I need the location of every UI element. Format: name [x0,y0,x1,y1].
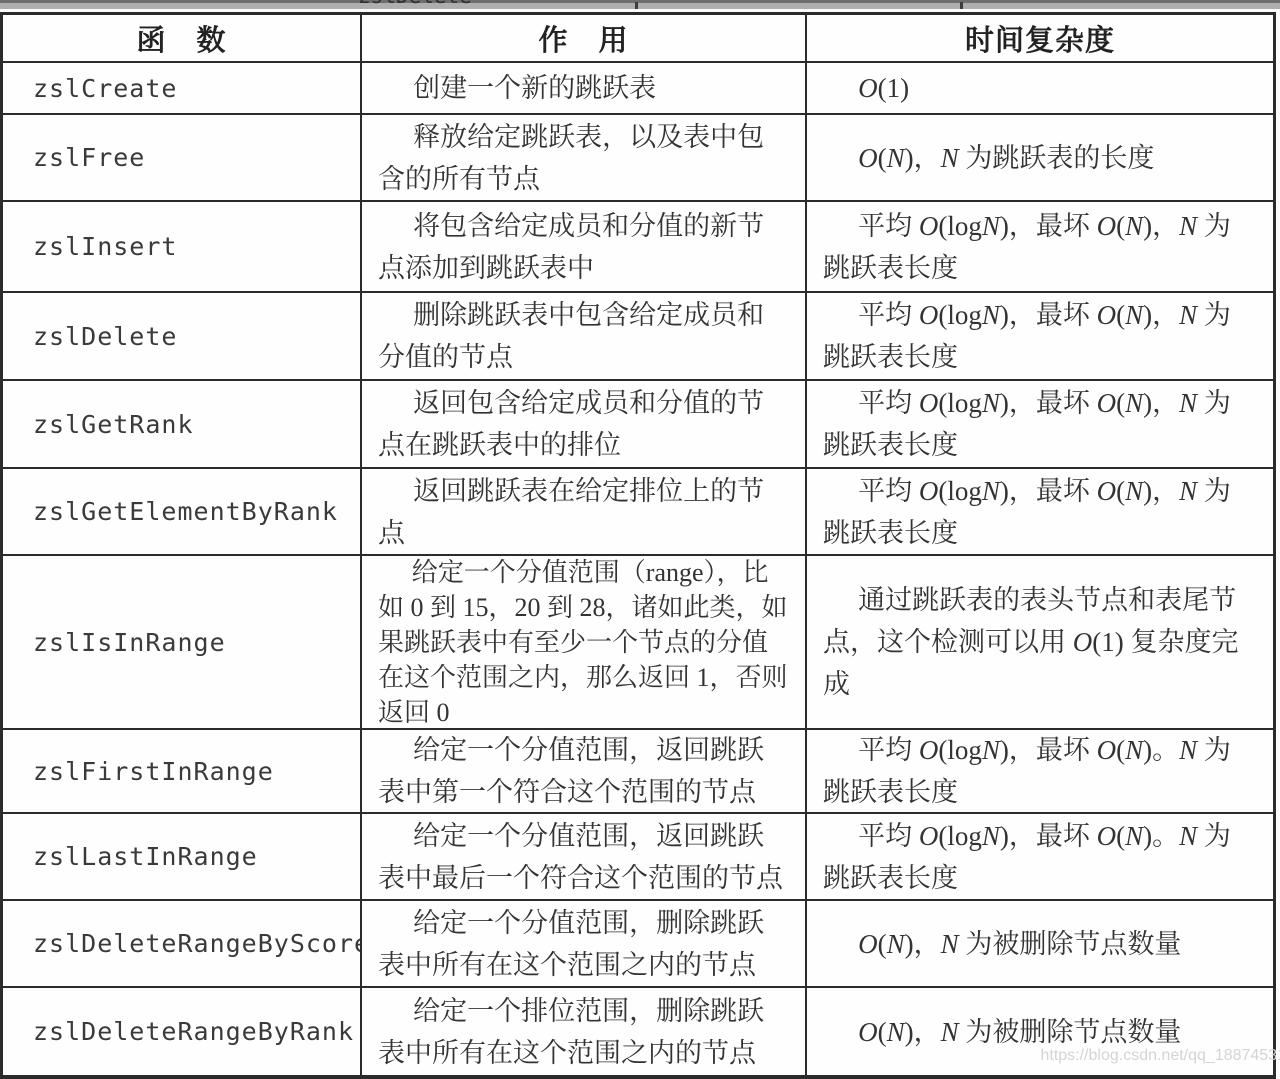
header-label-function: 函 数 [136,18,226,59]
skiplist-api-table: 函 数 作 用 时间复杂度 zslCreate 创建一个新的跳跃表 O(1) z… [0,12,1276,1079]
action-text: 返回跳跃表在给定排位上的节点 [362,469,805,554]
table-row: zslCreate 创建一个新的跳跃表 O(1) [3,63,1273,115]
action-text: 删除跳跃表中包含给定成员和分值的节点 [362,293,805,379]
complexity-text: O(N)，N 为被删除节点数量 [807,921,1197,967]
action-text: 给定一个分值范围，返回跳跃表中第一个符合这个范围的节点 [362,730,805,812]
action-text: 释放给定跳跃表，以及表中包含的所有节点 [362,115,805,200]
table-row: zslFree 释放给定跳跃表，以及表中包含的所有节点 O(N)，N 为跳跃表的… [3,115,1273,202]
complexity-text: 平均 O(logN)，最坏 O(N)，N 为跳跃表长度 [807,293,1273,379]
action-cell: 给定一个分值范围，返回跳跃表中第一个符合这个范围的节点 [360,730,805,812]
clipped-column-line [960,2,963,9]
header-cell-complexity: 时间复杂度 [805,15,1273,61]
action-cell: 创建一个新的跳跃表 [360,63,805,113]
action-cell: 返回包含给定成员和分值的节点在跳跃表中的排位 [360,381,805,467]
scanned-book-page: zslDelete 函 数 作 用 时间复杂度 zslCreate 创建一个新的… [0,0,1280,1079]
complexity-text: 平均 O(logN)，最坏 O(N)，N 为跳跃表长度 [807,381,1273,467]
action-cell: 返回跳跃表在给定排位上的节点 [360,469,805,554]
table-row: zslGetRank 返回包含给定成员和分值的节点在跳跃表中的排位 平均 O(l… [3,381,1273,469]
action-text: 返回包含给定成员和分值的节点在跳跃表中的排位 [362,381,805,467]
complexity-text: 平均 O(logN)，最坏 O(N)，N 为跳跃表长度 [807,469,1273,554]
complexity-text: O(N)，N 为跳跃表的长度 [807,135,1170,181]
complexity-cell: 平均 O(logN)，最坏 O(N)。N 为跳跃表长度 [805,730,1273,812]
complexity-text: 平均 O(logN)，最坏 O(N)，N 为跳跃表长度 [807,203,1273,291]
table-row: zslLastInRange 给定一个分值范围，返回跳跃表中最后一个符合这个范围… [3,814,1273,901]
complexity-cell: 平均 O(logN)，最坏 O(N)，N 为跳跃表长度 [805,381,1273,467]
complexity-cell: O(N)，N 为跳跃表的长度 [805,115,1273,200]
function-name-cell: zslIsInRange [3,556,360,728]
action-cell: 给定一个排位范围，删除跳跃表中所有在这个范围之内的节点 [360,988,805,1075]
action-text: 创建一个新的跳跃表 [362,65,672,111]
function-name-cell: zslFirstInRange [3,730,360,812]
action-cell: 删除跳跃表中包含给定成员和分值的节点 [360,293,805,379]
table-row: zslIsInRange 给定一个分值范围（range），比如 0 到 15，2… [3,556,1273,730]
action-text: 给定一个分值范围，删除跳跃表中所有在这个范围之内的节点 [362,901,805,986]
complexity-cell: 平均 O(logN)，最坏 O(N)，N 为跳跃表长度 [805,202,1273,291]
table-row: zslFirstInRange 给定一个分值范围，返回跳跃表中第一个符合这个范围… [3,730,1273,814]
header-label-action: 作 用 [538,18,628,59]
action-cell: 给定一个分值范围，删除跳跃表中所有在这个范围之内的节点 [360,901,805,986]
action-cell: 给定一个分值范围（range），比如 0 到 15，20 到 28，诸如此类，如… [360,556,805,728]
function-name-cell: zslLastInRange [3,814,360,899]
table-row: zslInsert 将包含给定成员和分值的新节点添加到跳跃表中 平均 O(log… [3,202,1273,293]
clipped-previous-row: zslDelete [0,0,1280,9]
clipped-column-line [635,2,638,9]
action-text: 给定一个分值范围，返回跳跃表中最后一个符合这个范围的节点 [362,814,805,899]
complexity-text: 通过跳跃表的表头节点和表尾节点，这个检测可以用 O(1) 复杂度完成 [807,577,1273,707]
header-cell-function: 函 数 [3,15,360,61]
complexity-cell: 通过跳跃表的表头节点和表尾节点，这个检测可以用 O(1) 复杂度完成 [805,556,1273,728]
complexity-cell: O(1) [805,63,1273,113]
function-name-cell: zslDeleteRangeByRank [3,988,360,1075]
table-row: zslDeleteRangeByScore 给定一个分值范围，删除跳跃表中所有在… [3,901,1273,988]
action-cell: 给定一个分值范围，返回跳跃表中最后一个符合这个范围的节点 [360,814,805,899]
header-label-complexity: 时间复杂度 [965,18,1115,59]
complexity-cell: O(N)，N 为被删除节点数量 [805,901,1273,986]
complexity-text: 平均 O(logN)，最坏 O(N)。N 为跳跃表长度 [807,730,1273,812]
action-text: 给定一个排位范围，删除跳跃表中所有在这个范围之内的节点 [362,988,805,1075]
table-header-row: 函 数 作 用 时间复杂度 [3,15,1273,63]
function-name-cell: zslFree [3,115,360,200]
csdn-watermark: https://blog.csdn.net/qq_18874531 [1040,1047,1280,1065]
action-text: 将包含给定成员和分值的新节点添加到跳跃表中 [362,203,805,291]
function-name-cell: zslDeleteRangeByScore [3,901,360,986]
function-name-cell: zslGetRank [3,381,360,467]
complexity-cell: 平均 O(logN)，最坏 O(N)，N 为跳跃表长度 [805,469,1273,554]
function-name-cell: zslDelete [3,293,360,379]
complexity-text: 平均 O(logN)，最坏 O(N)。N 为跳跃表长度 [807,814,1273,899]
action-cell: 释放给定跳跃表，以及表中包含的所有节点 [360,115,805,200]
function-name-cell: zslGetElementByRank [3,469,360,554]
table-row: zslGetElementByRank 返回跳跃表在给定排位上的节点 平均 O(… [3,469,1273,556]
header-cell-action: 作 用 [360,15,805,61]
clipped-function-name-fragment: zslDelete [358,0,472,8]
complexity-text: O(1) [807,65,925,111]
action-cell: 将包含给定成员和分值的新节点添加到跳跃表中 [360,202,805,291]
table-row: zslDelete 删除跳跃表中包含给定成员和分值的节点 平均 O(logN)，… [3,293,1273,381]
function-name-cell: zslCreate [3,63,360,113]
complexity-cell: 平均 O(logN)，最坏 O(N)。N 为跳跃表长度 [805,814,1273,899]
function-name-cell: zslInsert [3,202,360,291]
complexity-cell: 平均 O(logN)，最坏 O(N)，N 为跳跃表长度 [805,293,1273,379]
action-text: 给定一个分值范围（range），比如 0 到 15，20 到 28，诸如此类，如… [362,556,805,728]
